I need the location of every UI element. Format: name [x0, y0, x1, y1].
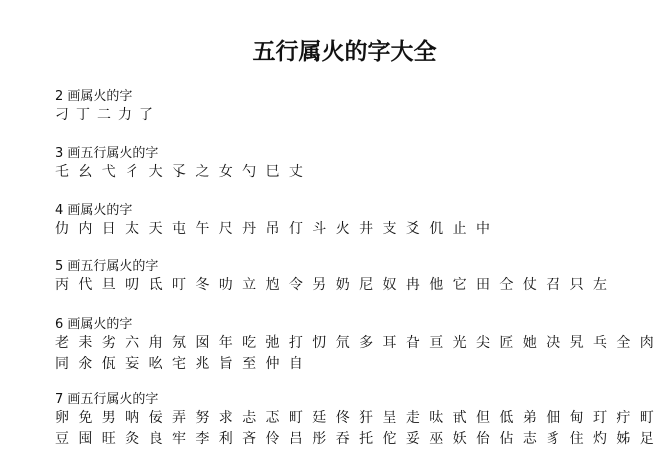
character: 囡	[195, 333, 218, 354]
character: 它	[453, 275, 476, 296]
character: 仲	[266, 354, 289, 375]
stroke-section: 5 画五行属火的字丙代旦叨氐叮冬叻立尥令另奶尼奴冉他它田仝仗召只左	[55, 258, 616, 296]
character: 玎	[593, 408, 616, 429]
section-heading: 3 画五行属火的字	[55, 145, 312, 162]
character: 奶	[336, 275, 359, 296]
character: 召	[546, 275, 569, 296]
character: 豆	[55, 429, 78, 450]
character: 彤	[312, 429, 335, 450]
character: 耒	[78, 333, 101, 354]
character: 忉	[312, 333, 335, 354]
character: 二	[97, 105, 118, 126]
character: 伶	[266, 429, 289, 450]
character-line: 豆囤旺灸良牢李利吝伶吕彤吞托佗妥巫妖佁佔志豸住灼姊足	[55, 429, 661, 450]
character: 氐	[149, 275, 172, 296]
character: 屯	[172, 219, 195, 240]
character: 忐	[242, 408, 265, 429]
character: 宅	[172, 354, 195, 375]
character-line: 卵免男呐佞弄努求忐忑町廷佟犴呈走呔甙但低弟佃甸玎疔町	[55, 408, 661, 429]
character: 肉	[640, 333, 661, 354]
character: 旮	[406, 333, 429, 354]
character: 利	[219, 429, 242, 450]
character: 囤	[78, 429, 101, 450]
character: 同	[55, 354, 78, 375]
character: 另	[312, 275, 335, 296]
character: 氽	[78, 354, 101, 375]
character: 甪	[149, 333, 172, 354]
character: 打	[289, 333, 312, 354]
character: 丈	[289, 162, 312, 183]
character: 住	[570, 429, 593, 450]
character: 弛	[266, 333, 289, 354]
section-heading: 4 画属火的字	[55, 202, 499, 219]
character: 勺	[242, 162, 265, 183]
character-line: 老耒劣六甪氖囡年吃弛打忉氘多耳旮亘光尖匠她决旯乓全肉	[55, 333, 661, 354]
character: 匠	[499, 333, 522, 354]
character: 努	[195, 408, 218, 429]
character: 吃	[242, 333, 265, 354]
character: 町	[289, 408, 312, 429]
character: 佟	[336, 408, 359, 429]
character: 姊	[616, 429, 639, 450]
character: 丹	[242, 219, 265, 240]
character: 彳	[125, 162, 148, 183]
character: 李	[195, 429, 218, 450]
character: 仃	[289, 219, 312, 240]
character: 他	[429, 275, 452, 296]
character: 代	[78, 275, 101, 296]
character: 低	[499, 408, 522, 429]
character: 志	[523, 429, 546, 450]
character: 她	[523, 333, 546, 354]
character: 劣	[102, 333, 125, 354]
character: 弋	[102, 162, 125, 183]
character: 刁	[55, 105, 76, 126]
character: 兆	[195, 354, 218, 375]
character: 天	[149, 219, 172, 240]
character: 廷	[312, 408, 335, 429]
character: 光	[453, 333, 476, 354]
character: 良	[149, 429, 172, 450]
character: 巳	[266, 162, 289, 183]
character: 左	[593, 275, 616, 296]
character: 佗	[382, 429, 405, 450]
character: 之	[195, 162, 218, 183]
character: 忑	[266, 408, 289, 429]
character: 巫	[429, 429, 452, 450]
character: 求	[219, 408, 242, 429]
character: 町	[640, 408, 661, 429]
character: 井	[359, 219, 382, 240]
character: 决	[546, 333, 569, 354]
character: 叮	[172, 275, 195, 296]
character: 令	[289, 275, 312, 296]
character: 叻	[219, 275, 242, 296]
character-line: 丙代旦叨氐叮冬叻立尥令另奶尼奴冉他它田仝仗召只左	[55, 275, 616, 296]
character: 豸	[546, 429, 569, 450]
character: 尖	[476, 333, 499, 354]
character: 灼	[593, 429, 616, 450]
character: 呐	[125, 408, 148, 429]
character: 甸	[570, 408, 593, 429]
character: 呈	[382, 408, 405, 429]
character: 立	[242, 275, 265, 296]
character: 妥	[406, 429, 429, 450]
character: 吞	[336, 429, 359, 450]
character: 内	[78, 219, 101, 240]
section-heading: 6 画属火的字	[55, 316, 661, 333]
character: 只	[570, 275, 593, 296]
character: 乓	[593, 333, 616, 354]
character: 甙	[453, 408, 476, 429]
character: 吊	[266, 219, 289, 240]
character: 丙	[55, 275, 78, 296]
character: 日	[102, 219, 125, 240]
character: 仂	[55, 219, 78, 240]
character: 太	[125, 219, 148, 240]
section-heading: 2 画属火的字	[55, 88, 160, 105]
stroke-section: 7 画五行属火的字卵免男呐佞弄努求忐忑町廷佟犴呈走呔甙但低弟佃甸玎疔町豆囤旺灸良…	[55, 391, 661, 450]
character-line: 刁丁二力了	[55, 105, 160, 126]
character: 六	[125, 333, 148, 354]
character: 了	[139, 105, 160, 126]
character: 叨	[125, 275, 148, 296]
character: 犴	[359, 408, 382, 429]
character: 佔	[499, 429, 522, 450]
character: 爻	[406, 219, 429, 240]
character: 多	[359, 333, 382, 354]
character: 走	[406, 408, 429, 429]
character: 大	[149, 162, 172, 183]
character: 孓	[172, 162, 195, 183]
character: 冉	[406, 275, 429, 296]
character: 佤	[102, 354, 125, 375]
character: 丁	[76, 105, 97, 126]
character: 牢	[172, 429, 195, 450]
character: 尼	[359, 275, 382, 296]
character: 自	[289, 354, 312, 375]
stroke-section: 2 画属火的字刁丁二力了	[55, 88, 160, 126]
character: 旺	[102, 429, 125, 450]
character: 氘	[336, 333, 359, 354]
character: 但	[476, 408, 499, 429]
section-heading: 7 画五行属火的字	[55, 391, 661, 408]
character: 尺	[219, 219, 242, 240]
character: 免	[78, 408, 101, 429]
character: 呔	[429, 408, 452, 429]
character: 女	[219, 162, 242, 183]
character: 吝	[242, 429, 265, 450]
character: 止	[453, 219, 476, 240]
character: 灸	[125, 429, 148, 450]
character: 斗	[312, 219, 335, 240]
character-line: 仂内日太天屯午尺丹吊仃斗火井支爻仉止中	[55, 219, 499, 240]
character: 氖	[172, 333, 195, 354]
character: 幺	[78, 162, 101, 183]
character: 冬	[195, 275, 218, 296]
character-line: 乇幺弋彳大孓之女勺巳丈	[55, 162, 312, 183]
character: 男	[102, 408, 125, 429]
character: 火	[336, 219, 359, 240]
character-line: 同氽佤妄吆宅兆旨至仲自	[55, 354, 661, 375]
character: 耳	[382, 333, 405, 354]
character: 旯	[570, 333, 593, 354]
character: 足	[640, 429, 661, 450]
character: 疔	[616, 408, 639, 429]
character: 仉	[429, 219, 452, 240]
character: 全	[616, 333, 639, 354]
character: 妄	[125, 354, 148, 375]
character: 弟	[523, 408, 546, 429]
character: 托	[359, 429, 382, 450]
stroke-section: 4 画属火的字仂内日太天屯午尺丹吊仃斗火井支爻仉止中	[55, 202, 499, 240]
character: 午	[195, 219, 218, 240]
character: 尥	[266, 275, 289, 296]
stroke-section: 6 画属火的字老耒劣六甪氖囡年吃弛打忉氘多耳旮亘光尖匠她决旯乓全肉同氽佤妄吆宅兆…	[55, 316, 661, 375]
character: 支	[382, 219, 405, 240]
character: 奴	[382, 275, 405, 296]
character: 年	[219, 333, 242, 354]
character: 乇	[55, 162, 78, 183]
character: 至	[242, 354, 265, 375]
character: 中	[476, 219, 499, 240]
character: 佞	[149, 408, 172, 429]
character: 佁	[476, 429, 499, 450]
character: 亘	[429, 333, 452, 354]
stroke-section: 3 画五行属火的字乇幺弋彳大孓之女勺巳丈	[55, 145, 312, 183]
character: 田	[476, 275, 499, 296]
section-heading: 5 画五行属火的字	[55, 258, 616, 275]
character: 吆	[149, 354, 172, 375]
character: 仝	[499, 275, 522, 296]
character: 仗	[523, 275, 546, 296]
character: 卵	[55, 408, 78, 429]
character: 老	[55, 333, 78, 354]
character: 旨	[219, 354, 242, 375]
character: 弄	[172, 408, 195, 429]
character: 旦	[102, 275, 125, 296]
page-title: 五行属火的字大全	[0, 33, 661, 66]
character: 妖	[453, 429, 476, 450]
character: 佃	[546, 408, 569, 429]
character: 力	[118, 105, 139, 126]
character: 吕	[289, 429, 312, 450]
